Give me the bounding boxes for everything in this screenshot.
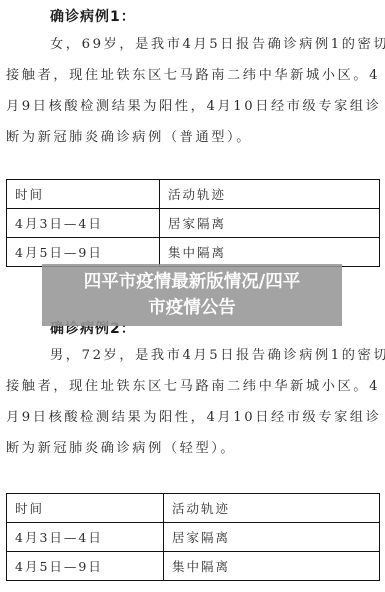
case1-heading: 确诊病例1：: [50, 6, 136, 26]
cell-time: 4月3日—4日: [7, 209, 160, 238]
table-header-row: 时间 活动轨迹: [7, 180, 380, 209]
table-row: 4月5日—9日 集中隔离: [7, 552, 380, 581]
cell-activity: 居家隔离: [160, 209, 380, 238]
cell-activity: 集中隔离: [164, 552, 380, 581]
case1-line-2: 接触者，现住址铁东区七马路南二纬中华新城小区。4: [6, 60, 384, 91]
case1-description: 女，69岁，是我市4月5日报告确诊病例1的密切 接触者，现住址铁东区七马路南二纬…: [6, 29, 384, 153]
case1-line-1: 女，69岁，是我市4月5日报告确诊病例1的密切: [6, 29, 384, 60]
cell-time: 4月3日—4日: [7, 523, 164, 552]
header-time: 时间: [7, 180, 160, 209]
case2-description: 男，72岁，是我市4月5日报告确诊病例1的密切 接触者，现住址铁东区七马路南二纬…: [6, 340, 384, 464]
table-row: 4月5日—9日 集中隔离: [7, 238, 380, 267]
header-time: 时间: [7, 494, 164, 523]
case2-line-3: 月9日核酸检测结果为阳性，4月10日经市级专家组诊: [6, 402, 384, 433]
case1-line-3: 月9日核酸检测结果为阳性，4月10日经市级专家组诊: [6, 91, 384, 122]
cell-time: 4月5日—9日: [7, 552, 164, 581]
cell-activity: 居家隔离: [164, 523, 380, 552]
overlay-title-line-1: 四平市疫情最新版情况/四平: [42, 269, 342, 295]
table-row: 4月3日—4日 居家隔离: [7, 209, 380, 238]
case1-line-4: 断为新冠肺炎确诊病例（普通型）。: [6, 122, 384, 153]
header-activity: 活动轨迹: [160, 180, 380, 209]
overlay-title-line-2: 市疫情公告: [42, 295, 342, 321]
cell-time: 4月5日—9日: [7, 238, 160, 267]
case2-line-1: 男，72岁，是我市4月5日报告确诊病例1的密切: [6, 340, 384, 371]
case2-line-4: 断为新冠肺炎确诊病例（轻型）。: [6, 433, 384, 464]
case1-activity-table: 时间 活动轨迹 4月3日—4日 居家隔离 4月5日—9日 集中隔离: [6, 179, 380, 267]
cell-activity: 集中隔离: [160, 238, 380, 267]
table-header-row: 时间 活动轨迹: [7, 494, 380, 523]
title-overlay-banner: 四平市疫情最新版情况/四平 市疫情公告: [42, 264, 342, 326]
case2-activity-table: 时间 活动轨迹 4月3日—4日 居家隔离 4月5日—9日 集中隔离: [6, 493, 380, 581]
header-activity: 活动轨迹: [164, 494, 380, 523]
table-row: 4月3日—4日 居家隔离: [7, 523, 380, 552]
case2-line-2: 接触者，现住址铁东区七马路南二纬中华新城小区。4: [6, 371, 384, 402]
